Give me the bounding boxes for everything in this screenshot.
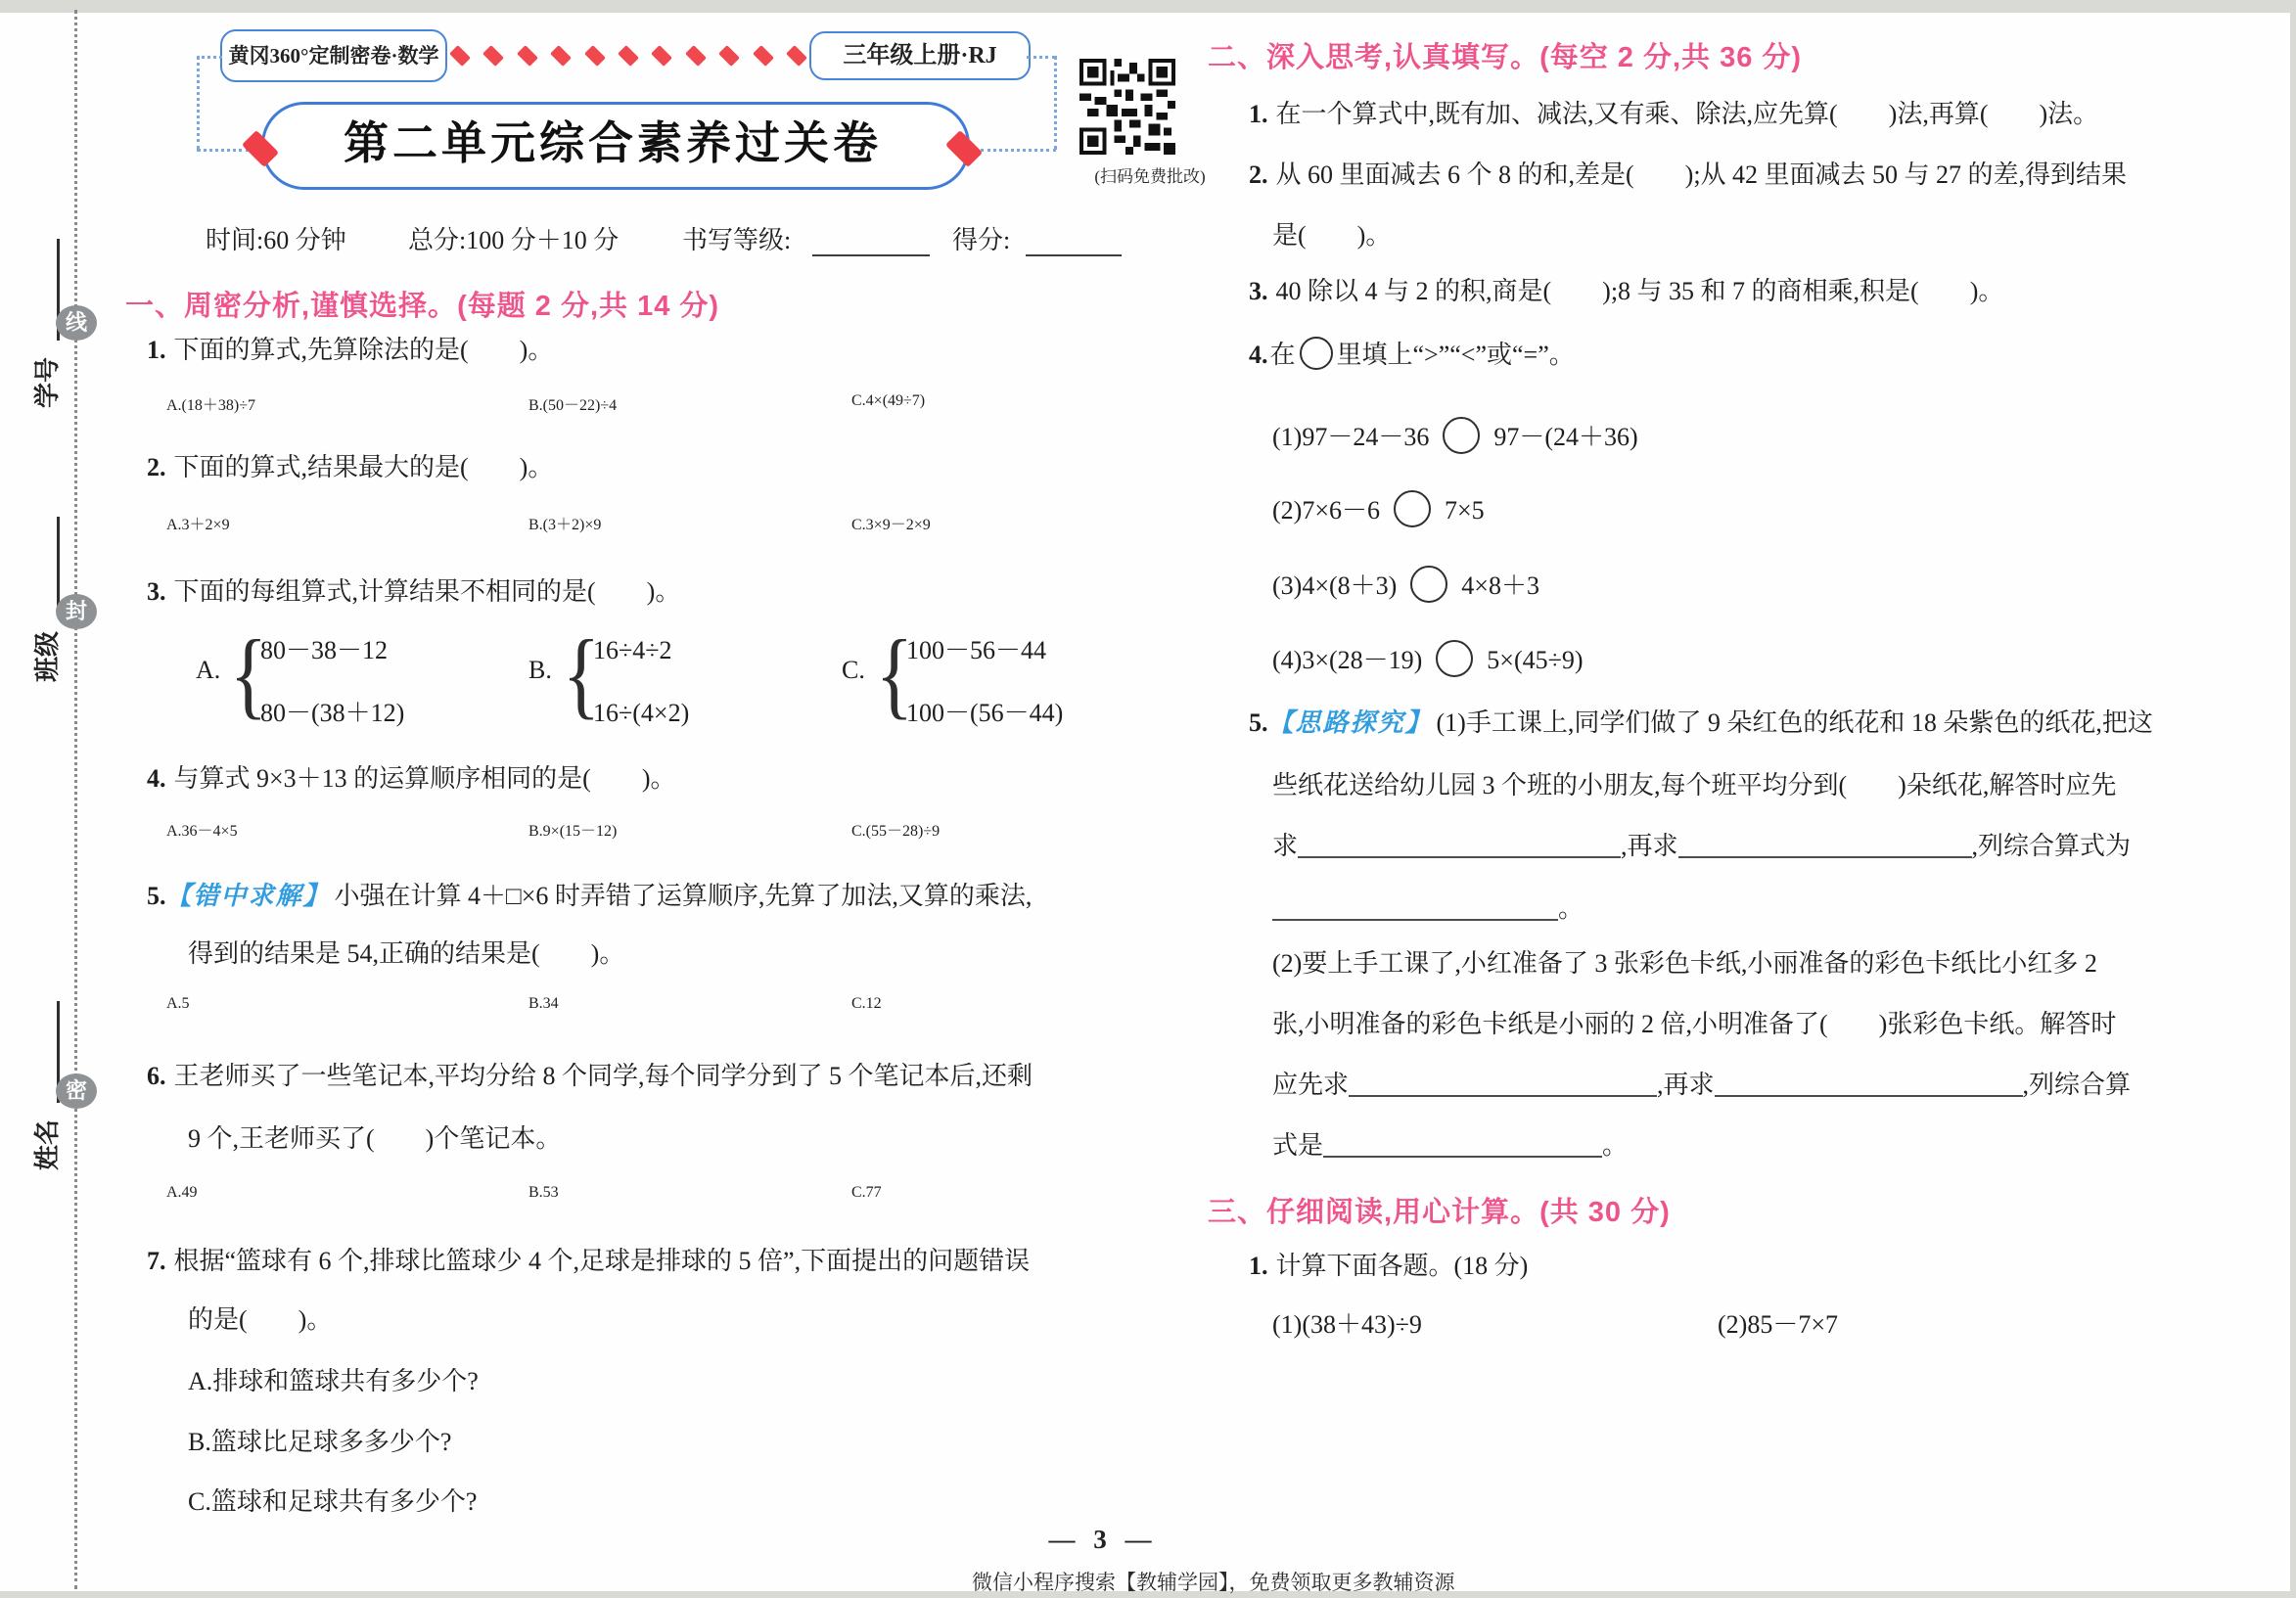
comparison-circle (1300, 337, 1333, 370)
s1-q7-text2: 的是( )。 (188, 1303, 332, 1337)
s1-q5-tag: 【错中求解】 (166, 882, 331, 910)
s1-q6-option-c: C.77 (851, 1184, 882, 1202)
s1-q3-b-label-text: B. (528, 656, 552, 684)
diamond-icon (517, 45, 538, 67)
s2-q5-p1l3c: ,列综合算式为 (1972, 832, 2132, 860)
s1-q1-option-a: A.(18＋38)÷7 (166, 392, 255, 415)
diamond-icon (584, 45, 606, 67)
comparison-circle (1436, 640, 1473, 677)
s1-q3-num: 3. (147, 577, 166, 606)
section3-heading-score: (共 30 分) (1539, 1197, 1671, 1228)
comparison-circle (1443, 417, 1480, 454)
s1-q3-group-b-label: B. (528, 654, 552, 687)
meta-score-label: 得分: (952, 224, 1010, 257)
s1-q2-option-b: B.(3＋2)×9 (528, 512, 601, 534)
seal-char-feng-text: 封 (66, 599, 87, 623)
s2-q5-p2-text3: 应先求,再求,列综合算 (1272, 1069, 2131, 1102)
answer-blank (1323, 1130, 1602, 1158)
meta-time: 时间:60 分钟 (206, 224, 346, 257)
meta-total: 总分:100 分＋10 分 (408, 224, 619, 257)
s2-q5-p2-text2: 张,小明准备的彩色卡纸是小丽的 2 倍,小明准备了( )张彩色卡纸。解答时 (1272, 1008, 2116, 1041)
s2-q4-item2-left: (2)7×6－6 (1272, 496, 1380, 525)
s1-q5-option-b: B.34 (528, 995, 559, 1013)
s1-q7-option-b: B.篮球比足球多多少个? (188, 1426, 451, 1459)
section3-heading: 三、仔细阅读,用心计算。(共 30 分) (1208, 1190, 1671, 1230)
s1-q3-c-label-text: C. (842, 656, 865, 684)
page-number: — 3 — (1005, 1525, 1201, 1555)
s1-q4-option-b: B.9×(15－12) (528, 818, 617, 841)
s1-q7-line1: 7.根据“篮球有 6 个,排球比篮球少 4 个,足球是排球的 5 倍”,下面提出… (147, 1245, 1030, 1278)
series-badge: 黄冈360°定制密卷·数学 (220, 29, 447, 82)
s2-q4-item3: (3)4×(8＋3)4×8＋3 (1272, 566, 1539, 603)
s2-q5-p1-text2: 些纸花送给幼儿园 3 个班的小朋友,每个班平均分到( )朵纸花,解答时应先 (1272, 769, 2116, 802)
section1-heading-text: 一、周密分析,谨慎选择。 (125, 291, 457, 322)
s1-q5-option-a: A.5 (166, 995, 190, 1013)
s3-q1-line: 1.计算下面各题。(18 分) (1249, 1250, 1528, 1283)
diamond-divider (452, 48, 804, 64)
s1-q4-options: A.36－4×5 B.9×(15－12) C.(55－28)÷9 (0, 818, 1135, 853)
diamond-icon (618, 45, 639, 67)
s1-q6-option-a: A.49 (166, 1184, 198, 1202)
s2-q4-item2-right: 7×5 (1445, 496, 1485, 525)
section1-heading: 一、周密分析,谨慎选择。(每题 2 分,共 14 分) (125, 284, 719, 324)
comparison-circle (1394, 490, 1431, 527)
s1-q3-a-expr2: 80－(38＋12) (260, 697, 404, 730)
connector-line (1027, 56, 1055, 59)
footer-note: 微信小程序搜索【教辅学园】，免费领取更多教辅资源 (972, 1567, 1455, 1596)
s1-q7-num: 7. (147, 1247, 166, 1275)
meta-writing-text: 书写等级: (682, 226, 791, 254)
score-blank (1026, 254, 1122, 256)
answer-blank (1678, 831, 1972, 858)
s2-q4-item3-right: 4×8＋3 (1461, 571, 1539, 600)
s2-q5-p2-text1: (2)要上手工课了,小红准备了 3 张彩色卡纸,小丽准备的彩色卡纸比小红多 2 (1272, 947, 2097, 981)
s2-q4-line: 4.在里填上“>”“<”或“=”。 (1249, 337, 1575, 372)
s1-q5-line1: 5.【错中求解】小强在计算 4＋□×6 时弄错了运算顺序,先算了加法,又算的乘法… (147, 880, 1032, 913)
s1-q6-text2: 9 个,王老师买了( )个笔记本。 (188, 1122, 561, 1156)
s2-q5-num: 5. (1249, 708, 1268, 737)
s1-q4-num: 4. (147, 764, 166, 793)
series-badge-text: 黄冈360°定制密卷·数学 (229, 44, 439, 68)
s2-q4-item4: (4)3×(28－19)5×(45÷9) (1272, 640, 1584, 677)
s1-q5-options: A.5 B.34 C.12 (0, 995, 1135, 1030)
s1-q6-options: A.49 B.53 C.77 (0, 1184, 1135, 1219)
s1-q3-text: 下面的每组算式,计算结果不相同的是( )。 (174, 577, 681, 606)
s1-q1-text: 下面的算式,先算除法的是( )。 (174, 336, 554, 364)
s1-q7-text1: 根据“篮球有 6 个,排球比篮球少 4 个,足球是排球的 5 倍”,下面提出的问… (174, 1247, 1031, 1275)
section2-heading: 二、深入思考,认真填写。(每空 2 分,共 36 分) (1208, 35, 1802, 75)
diamond-icon (753, 45, 774, 67)
seal-char-mi-text: 密 (66, 1078, 87, 1103)
diamond-icon (718, 45, 740, 67)
s2-q4-item2: (2)7×6－67×5 (1272, 490, 1485, 527)
s2-q5-p2l3a: 应先求 (1272, 1071, 1349, 1099)
s2-q5-p2l3b: ,再求 (1657, 1071, 1715, 1099)
s1-q4-text: 与算式 9×3＋13 的运算顺序相同的是( )。 (174, 764, 676, 793)
diamond-icon (685, 45, 707, 67)
s1-q3-group-a-label: A. (196, 654, 220, 687)
grade-badge-text: 三年级上册·RJ (843, 43, 996, 68)
s2-q5-p1l3a: 求 (1272, 832, 1298, 860)
s2-q4-text-post: 里填上“>”“<”或“=”。 (1337, 341, 1575, 369)
s1-q3-group-c-label: C. (842, 654, 865, 687)
s3-q1-num: 1. (1249, 1252, 1268, 1280)
s1-q6-num: 6. (147, 1062, 166, 1090)
footer-note-text: 微信小程序搜索【教辅学园】，免费领取更多教辅资源 (972, 1572, 1455, 1594)
s2-q5-p1l3b: ,再求 (1621, 832, 1678, 860)
seal-char-mi: 密 (56, 1073, 97, 1109)
connector-line (981, 149, 1056, 152)
s1-q2-num: 2. (147, 453, 166, 481)
s1-q3-a-label-text: A. (196, 656, 220, 684)
s1-q2-text: 下面的算式,结果最大的是( )。 (174, 453, 554, 481)
s1-q2-options: A.3＋2×9 B.(3＋2)×9 C.3×9－2×9 (0, 512, 1135, 547)
s2-q4-item4-right: 5×(45÷9) (1487, 646, 1583, 674)
section3-heading-text: 三、仔细阅读,用心计算。 (1208, 1197, 1539, 1228)
s3-q1-text: 计算下面各题。(18 分) (1276, 1252, 1529, 1280)
s1-q7-option-c: C.篮球和足球共有多少个? (188, 1485, 477, 1519)
s1-q3-b-expr1: 16÷4÷2 (593, 634, 672, 667)
answer-blank (1349, 1070, 1657, 1097)
s2-q5-p1-text4: 。 (1272, 892, 1584, 926)
s1-q3-line: 3.下面的每组算式,计算结果不相同的是( )。 (147, 575, 680, 609)
s2-q4-text-pre: 在 (1270, 341, 1296, 369)
s2-q2-text1: 从 60 里面减去 6 个 8 的和,差是( );从 42 里面减去 50 与 … (1276, 160, 2128, 189)
s3-q1-item1: (1)(38＋43)÷9 (1272, 1308, 1422, 1342)
seal-char-line-text: 线 (66, 310, 87, 335)
s3-q1-item2: (2)85－7×7 (1718, 1308, 1838, 1342)
s2-q4-item1-right: 97－(24＋36) (1493, 423, 1637, 451)
meta-total-text: 总分:100 分＋10 分 (408, 226, 619, 254)
diamond-icon (651, 45, 672, 67)
class-field: 班级 (27, 467, 63, 682)
s2-q3-text: 40 除以 4 与 2 的积,商是( );8 与 35 和 7 的商相乘,积是(… (1276, 277, 2004, 305)
s2-q1-num: 1. (1249, 100, 1268, 128)
s2-q5-p2l3c: ,列综合算 (2023, 1071, 2132, 1099)
s2-q5-p2-text4: 式是。 (1272, 1129, 1628, 1163)
binding-dotted-line (74, 10, 77, 1589)
s1-q1-line: 1.下面的算式,先算除法的是( )。 (147, 334, 553, 367)
s1-q3-c-expr2: 100－(56－44) (906, 697, 1063, 730)
section2-heading-text: 二、深入思考,认真填写。 (1208, 42, 1539, 73)
diamond-icon (550, 45, 572, 67)
qr-code (1079, 59, 1175, 155)
paper-title-text: 第二单元综合素养过关卷 (344, 118, 882, 168)
name-field: 姓名 (27, 955, 63, 1170)
answer-blank (1715, 1070, 2023, 1097)
s2-q3-line: 3.40 除以 4 与 2 的积,商是( );8 与 35 和 7 的商相乘,积… (1249, 275, 2003, 308)
meta-score-text: 得分: (952, 226, 1010, 254)
diamond-icon (449, 45, 471, 67)
s2-q5-p1l4: 。 (1558, 894, 1584, 923)
s1-q1-num: 1. (147, 336, 166, 364)
section2-heading-score: (每空 2 分,共 36 分) (1539, 42, 1802, 73)
diamond-icon (786, 45, 807, 67)
seal-char-feng: 封 (56, 594, 97, 629)
scan-edge-right (2290, 0, 2296, 1598)
s2-q3-num: 3. (1249, 277, 1268, 305)
s1-q5-text1: 小强在计算 4＋□×6 时弄错了运算顺序,先算了加法,又算的乘法, (335, 882, 1033, 910)
s1-q7-option-a: A.排球和篮球共有多少个? (188, 1365, 479, 1398)
s1-q2-option-a: A.3＋2×9 (166, 512, 230, 534)
s2-q2-line1: 2.从 60 里面减去 6 个 8 的和,差是( );从 42 里面减去 50 … (1249, 159, 2127, 192)
s2-q4-item1: (1)97－24－3697－(24＋36) (1272, 417, 1638, 454)
s2-q5-line1: 5.【思路探究】(1)手工课上,同学们做了 9 朵红色的纸花和 18 朵紫色的纸… (1249, 707, 2153, 740)
s1-q4-option-a: A.36－4×5 (166, 818, 238, 841)
paper-title: 第二单元综合素养过关卷 (261, 102, 964, 184)
s1-q1-options: A.(18＋38)÷7 B.(50－22)÷4 C.4×(49÷7) (0, 392, 1135, 428)
s1-q5-option-c: C.12 (851, 995, 882, 1013)
seal-char-line: 线 (56, 305, 97, 341)
comparison-circle (1410, 566, 1447, 603)
s1-q2-line: 2.下面的算式,结果最大的是( )。 (147, 451, 553, 484)
qr-caption: (扫码免费批改) (1057, 162, 1243, 187)
s1-q3-a-expr1: 80－38－12 (260, 634, 388, 667)
s1-q3-c-expr1: 100－56－44 (906, 634, 1046, 667)
student-id-field: 学号 (27, 193, 63, 408)
s1-q4-option-c: C.(55－28)÷9 (851, 818, 940, 841)
s1-q2-option-c: C.3×9－2×9 (851, 512, 931, 534)
s2-q5-p1-text1: (1)手工课上,同学们做了 9 朵红色的纸花和 18 朵紫色的纸花,把这 (1437, 708, 2153, 737)
meta-time-text: 时间:60 分钟 (206, 226, 346, 254)
s2-q1-line: 1.在一个算式中,既有加、减法,又有乘、除法,应先算( )法,再算( )法。 (1249, 98, 2098, 131)
page-number-text: — 3 — (1049, 1525, 1158, 1554)
s2-q4-item4-left: (4)3×(28－19) (1272, 646, 1422, 674)
grade-badge: 三年级上册·RJ (809, 31, 1031, 80)
connector-line (197, 149, 250, 152)
writing-grade-blank (812, 254, 930, 256)
s1-q5-num: 5. (147, 882, 166, 910)
s1-q3-b-expr2: 16÷(4×2) (593, 697, 689, 730)
s2-q5-tag: 【思路探究】 (1268, 708, 1433, 737)
section1-heading-score: (每题 2 分,共 14 分) (457, 291, 719, 322)
s2-q1-text: 在一个算式中,既有加、减法,又有乘、除法,应先算( )法,再算( )法。 (1276, 100, 2099, 128)
qr-caption-text: (扫码免费批改) (1094, 167, 1205, 186)
s1-q1-option-b: B.(50－22)÷4 (528, 392, 617, 415)
s1-q6-option-b: B.53 (528, 1184, 559, 1202)
s1-q4-line: 4.与算式 9×3＋13 的运算顺序相同的是( )。 (147, 762, 675, 796)
s2-q4-num: 4. (1249, 341, 1268, 369)
s2-q5-p2l4a: 式是 (1272, 1131, 1323, 1160)
connector-line (197, 56, 200, 150)
meta-writing-label: 书写等级: (682, 224, 791, 257)
s1-q1-option-c: C.4×(49÷7) (851, 392, 925, 410)
name-label: 姓名 (33, 1119, 62, 1170)
s2-q4-item3-left: (3)4×(8＋3) (1272, 571, 1397, 600)
s2-q2-text2: 是( )。 (1272, 219, 1391, 252)
s1-q5-text2: 得到的结果是 54,正确的结果是( )。 (188, 937, 624, 971)
connector-line (1054, 56, 1057, 150)
connector-line (197, 56, 222, 59)
diamond-icon (482, 45, 504, 67)
exam-page: 学号 线 班级 封 姓名 密 黄冈360°定制密卷·数学 三年级上册·RJ 第二… (0, 0, 2296, 1598)
answer-blank (1298, 831, 1621, 858)
s2-q5-p1-text3: 求,再求,列综合算式为 (1272, 830, 2131, 863)
s2-q2-num: 2. (1249, 160, 1268, 189)
class-label: 班级 (33, 631, 62, 682)
answer-blank (1272, 893, 1558, 921)
s2-q5-p2l4b: 。 (1602, 1131, 1628, 1160)
s1-q6-text1: 王老师买了一些笔记本,平均分给 8 个同学,每个同学分到了 5 个笔记本后,还剩 (174, 1062, 1033, 1090)
s2-q4-item1-left: (1)97－24－36 (1272, 423, 1429, 451)
scan-edge-top (0, 0, 2296, 13)
s1-q6-line1: 6.王老师买了一些笔记本,平均分给 8 个同学,每个同学分到了 5 个笔记本后,… (147, 1060, 1033, 1093)
